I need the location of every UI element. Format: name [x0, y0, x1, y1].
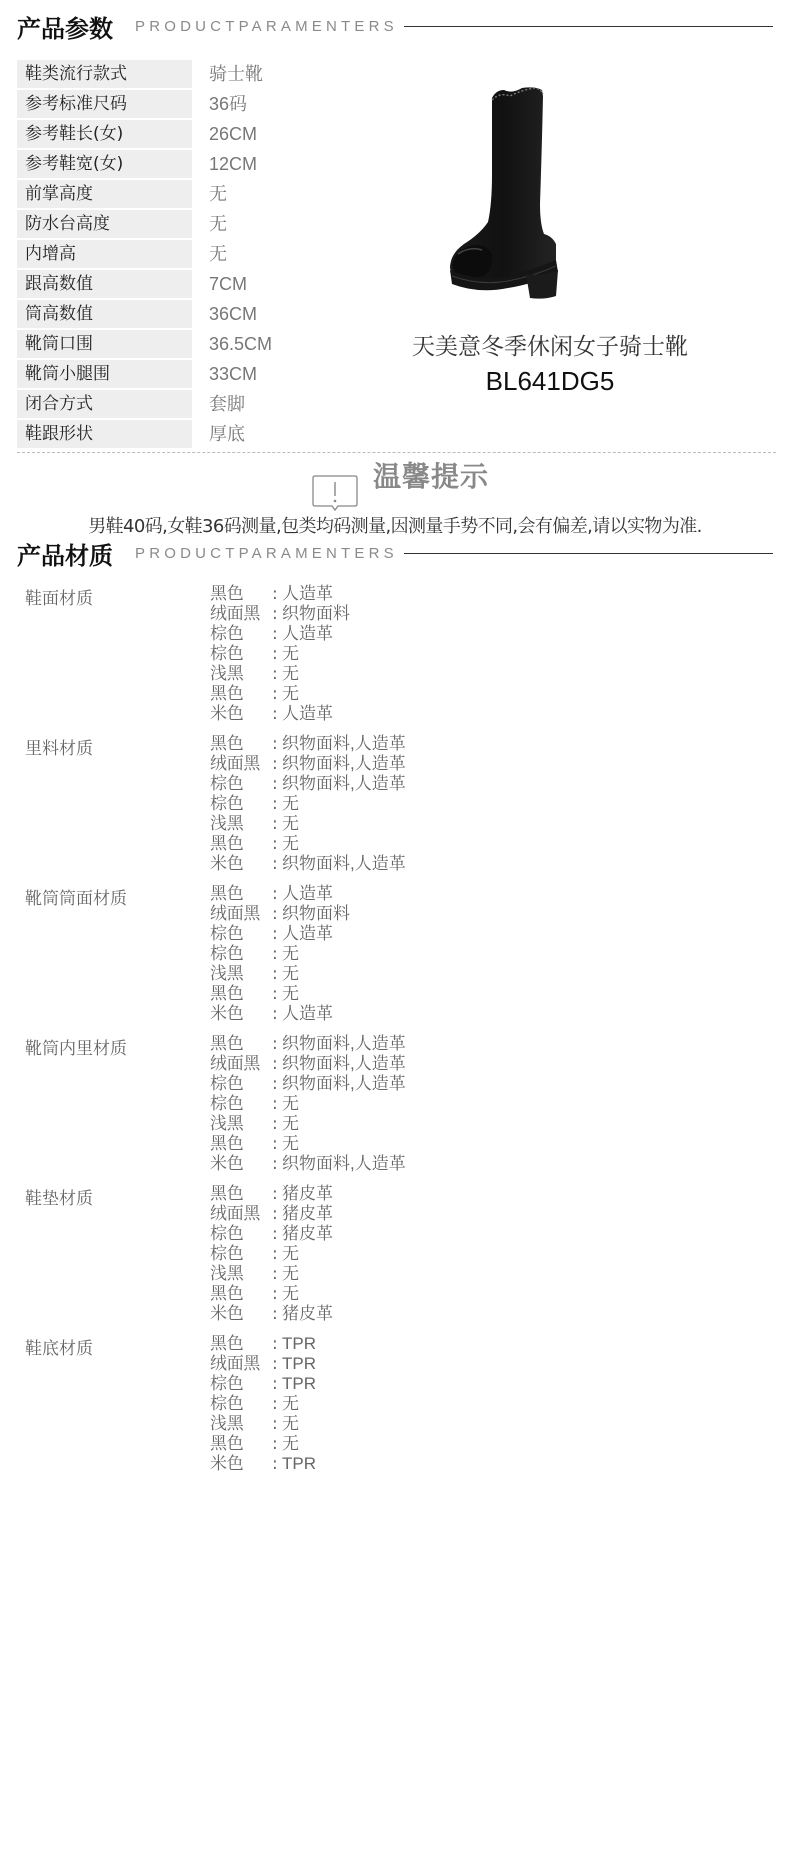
material-line: 黑色:无: [210, 684, 350, 704]
material-value: 无: [282, 944, 299, 964]
material-color: 黑色: [210, 884, 272, 904]
material-value: 无: [282, 1114, 299, 1134]
section-rule: [404, 553, 773, 554]
material-list: 黑色:TPR 绒面黑:TPR 棕色:TPR 棕色:无 浅黑:无 黑色:无 米色:…: [210, 1334, 316, 1474]
material-value: 织物面料,人造革: [282, 734, 406, 754]
separator: :: [272, 664, 282, 684]
material-color: 米色: [210, 1004, 272, 1024]
material-color: 棕色: [210, 924, 272, 944]
material-line: 棕色:TPR: [210, 1374, 316, 1394]
param-value: 无: [192, 240, 227, 268]
param-label: 前掌高度: [17, 180, 192, 208]
material-color: 棕色: [210, 644, 272, 664]
material-line: 浅黑:无: [210, 664, 350, 684]
material-value: 猪皮革: [282, 1304, 333, 1324]
separator: :: [272, 584, 282, 604]
param-value: 26CM: [192, 120, 257, 148]
material-value: 人造革: [282, 704, 333, 724]
material-value: TPR: [282, 1374, 316, 1394]
material-label: 靴筒筒面材质: [25, 884, 127, 909]
material-list: 黑色:人造革 绒面黑:织物面料 棕色:人造革 棕色:无 浅黑:无 黑色:无 米色…: [210, 584, 350, 724]
material-color: 棕色: [210, 794, 272, 814]
material-line: 米色:织物面料,人造革: [210, 1154, 406, 1174]
product-name: 天美意冬季休闲女子骑士靴: [380, 328, 720, 361]
param-row: 鞋类流行款式骑士靴: [17, 60, 377, 90]
material-line: 黑色:TPR: [210, 1334, 316, 1354]
material-value: 无: [282, 964, 299, 984]
material-color: 棕色: [210, 774, 272, 794]
material-line: 米色:猪皮革: [210, 1304, 333, 1324]
section-subtitle: PRODUCTPARAMENTERS: [135, 545, 398, 562]
material-color: 棕色: [210, 1244, 272, 1264]
material-line: 黑色:无: [210, 834, 406, 854]
material-line: 棕色:无: [210, 1394, 316, 1414]
material-line: 棕色:织物面料,人造革: [210, 1074, 406, 1094]
param-value: 12CM: [192, 150, 257, 178]
separator: :: [272, 604, 282, 624]
material-value: 无: [282, 1244, 299, 1264]
material-line: 绒面黑:织物面料: [210, 904, 350, 924]
material-color: 黑色: [210, 1434, 272, 1454]
material-value: TPR: [282, 1334, 316, 1354]
material-value: 猪皮革: [282, 1224, 333, 1244]
section-title: 产品材质: [17, 536, 113, 571]
material-line: 浅黑:无: [210, 964, 350, 984]
separator: :: [272, 1184, 282, 1204]
material-color: 浅黑: [210, 1114, 272, 1134]
material-line: 黑色:猪皮革: [210, 1184, 333, 1204]
material-value: 无: [282, 1434, 299, 1454]
material-line: 绒面黑:织物面料,人造革: [210, 1054, 406, 1074]
material-line: 黑色:织物面料,人造革: [210, 734, 406, 754]
separator: :: [272, 1354, 282, 1374]
param-value: 36CM: [192, 300, 257, 328]
param-row: 防水台高度无: [17, 210, 377, 240]
param-value: 无: [192, 210, 227, 238]
param-row: 靴筒口围36.5CM: [17, 330, 377, 360]
material-color: 绒面黑: [210, 754, 272, 774]
material-color: 黑色: [210, 734, 272, 754]
separator: :: [272, 1374, 282, 1394]
material-value: 无: [282, 684, 299, 704]
material-line: 浅黑:无: [210, 814, 406, 834]
separator: :: [272, 964, 282, 984]
material-list: 黑色:织物面料,人造革 绒面黑:织物面料,人造革 棕色:织物面料,人造革 棕色:…: [210, 734, 406, 874]
separator: :: [272, 1054, 282, 1074]
material-line: 绒面黑:织物面料,人造革: [210, 754, 406, 774]
material-line: 浅黑:无: [210, 1414, 316, 1434]
param-label: 鞋跟形状: [17, 420, 192, 448]
material-line: 浅黑:无: [210, 1264, 333, 1284]
material-value: 无: [282, 1134, 299, 1154]
separator: :: [272, 684, 282, 704]
material-line: 绒面黑:猪皮革: [210, 1204, 333, 1224]
material-value: 人造革: [282, 1004, 333, 1024]
separator: :: [272, 1454, 282, 1474]
material-line: 米色:人造革: [210, 704, 350, 724]
material-color: 棕色: [210, 1374, 272, 1394]
material-value: 人造革: [282, 884, 333, 904]
material-line: 米色:人造革: [210, 1004, 350, 1024]
material-list: 黑色:猪皮革 绒面黑:猪皮革 棕色:猪皮革 棕色:无 浅黑:无 黑色:无 米色:…: [210, 1184, 333, 1324]
separator: :: [272, 1034, 282, 1054]
material-value: 织物面料,人造革: [282, 1074, 406, 1094]
material-color: 棕色: [210, 624, 272, 644]
material-line: 绒面黑:TPR: [210, 1354, 316, 1374]
material-line: 黑色:无: [210, 1434, 316, 1454]
material-color: 棕色: [210, 944, 272, 964]
section-header-params: 产品参数 PRODUCTPARAMENTERS: [17, 6, 773, 46]
tip-title: 温馨提示: [373, 455, 489, 495]
param-label: 跟高数值: [17, 270, 192, 298]
separator: :: [272, 624, 282, 644]
param-label: 筒高数值: [17, 300, 192, 328]
product-code: BL641DG5: [380, 366, 720, 397]
material-label: 鞋面材质: [25, 584, 93, 609]
material-value: TPR: [282, 1354, 316, 1374]
material-color: 棕色: [210, 1224, 272, 1244]
material-color: 绒面黑: [210, 1354, 272, 1374]
param-value: 无: [192, 180, 227, 208]
material-color: 棕色: [210, 1094, 272, 1114]
material-value: 织物面料,人造革: [282, 754, 406, 774]
separator: :: [272, 854, 282, 874]
material-list: 黑色:织物面料,人造革 绒面黑:织物面料,人造革 棕色:织物面料,人造革 棕色:…: [210, 1034, 406, 1174]
material-label: 鞋垫材质: [25, 1184, 93, 1209]
material-color: 黑色: [210, 1184, 272, 1204]
material-line: 黑色:无: [210, 1284, 333, 1304]
material-value: 无: [282, 1094, 299, 1114]
material-label: 里料材质: [25, 734, 93, 759]
material-line: 黑色:人造革: [210, 884, 350, 904]
param-label: 闭合方式: [17, 390, 192, 418]
param-value: 7CM: [192, 270, 247, 298]
param-value: 骑士靴: [192, 60, 263, 88]
material-color: 浅黑: [210, 1264, 272, 1284]
separator: :: [272, 944, 282, 964]
material-color: 棕色: [210, 1074, 272, 1094]
separator: :: [272, 644, 282, 664]
separator: :: [272, 734, 282, 754]
separator: :: [272, 1434, 282, 1454]
material-value: 织物面料,人造革: [282, 1034, 406, 1054]
separator: :: [272, 1244, 282, 1264]
param-value: 33CM: [192, 360, 257, 388]
material-color: 黑色: [210, 1284, 272, 1304]
param-row: 前掌高度无: [17, 180, 377, 210]
separator: :: [272, 834, 282, 854]
param-row: 参考标准尺码36码: [17, 90, 377, 120]
material-value: 无: [282, 664, 299, 684]
param-label: 参考鞋宽(女): [17, 150, 192, 178]
param-row: 闭合方式套脚: [17, 390, 377, 420]
material-color: 黑色: [210, 984, 272, 1004]
material-color: 米色: [210, 854, 272, 874]
material-color: 米色: [210, 1454, 272, 1474]
material-value: 无: [282, 644, 299, 664]
separator: :: [272, 1304, 282, 1324]
material-value: 人造革: [282, 584, 333, 604]
separator: :: [272, 1224, 282, 1244]
param-label: 靴筒小腿围: [17, 360, 192, 388]
material-value: 无: [282, 814, 299, 834]
material-value: 无: [282, 1414, 299, 1434]
material-color: 黑色: [210, 584, 272, 604]
material-line: 黑色:人造革: [210, 584, 350, 604]
separator: :: [272, 1334, 282, 1354]
material-line: 棕色:无: [210, 794, 406, 814]
material-value: 织物面料: [282, 604, 350, 624]
separator: :: [272, 884, 282, 904]
param-value: 套脚: [192, 390, 245, 418]
material-list: 黑色:人造革 绒面黑:织物面料 棕色:人造革 棕色:无 浅黑:无 黑色:无 米色…: [210, 884, 350, 1024]
material-color: 米色: [210, 704, 272, 724]
params-table: 鞋类流行款式骑士靴 参考标准尺码36码 参考鞋长(女)26CM 参考鞋宽(女)1…: [17, 60, 377, 450]
material-label: 靴筒内里材质: [25, 1034, 127, 1059]
material-value: 猪皮革: [282, 1184, 333, 1204]
param-row: 跟高数值7CM: [17, 270, 377, 300]
separator: :: [272, 924, 282, 944]
separator: :: [272, 1204, 282, 1224]
material-line: 棕色:人造革: [210, 924, 350, 944]
material-value: 织物面料,人造革: [282, 1154, 406, 1174]
material-label: 鞋底材质: [25, 1334, 93, 1359]
material-line: 黑色:织物面料,人造革: [210, 1034, 406, 1054]
param-label: 鞋类流行款式: [17, 60, 192, 88]
section-rule: [404, 26, 773, 27]
param-label: 内增高: [17, 240, 192, 268]
material-line: 浅黑:无: [210, 1114, 406, 1134]
exclamation-speech-bubble-icon: [312, 474, 358, 508]
material-line: 棕色:无: [210, 944, 350, 964]
param-value: 36.5CM: [192, 330, 272, 358]
material-line: 棕色:无: [210, 1244, 333, 1264]
separator: :: [272, 754, 282, 774]
material-color: 浅黑: [210, 664, 272, 684]
material-value: 织物面料,人造革: [282, 1054, 406, 1074]
separator: :: [272, 1154, 282, 1174]
knee-high-boot-icon: [448, 84, 562, 302]
material-line: 棕色:织物面料,人造革: [210, 774, 406, 794]
param-row: 鞋跟形状厚底: [17, 420, 377, 450]
separator: :: [272, 814, 282, 834]
material-value: 猪皮革: [282, 1204, 333, 1224]
param-label: 靴筒口围: [17, 330, 192, 358]
material-line: 米色:TPR: [210, 1454, 316, 1474]
separator: :: [272, 1134, 282, 1154]
section-subtitle: PRODUCTPARAMENTERS: [135, 18, 398, 35]
material-line: 绒面黑:织物面料: [210, 604, 350, 624]
separator: :: [272, 1114, 282, 1134]
material-color: 米色: [210, 1304, 272, 1324]
separator: :: [272, 1394, 282, 1414]
material-color: 棕色: [210, 1394, 272, 1414]
param-label: 参考鞋长(女): [17, 120, 192, 148]
material-color: 黑色: [210, 834, 272, 854]
material-line: 棕色:人造革: [210, 624, 350, 644]
separator: :: [272, 1074, 282, 1094]
param-value: 36码: [192, 90, 247, 118]
material-line: 黑色:无: [210, 984, 350, 1004]
material-color: 黑色: [210, 1134, 272, 1154]
material-value: 织物面料,人造革: [282, 854, 406, 874]
dashed-divider: [17, 452, 776, 453]
material-value: 人造革: [282, 924, 333, 944]
separator: :: [272, 774, 282, 794]
param-label: 防水台高度: [17, 210, 192, 238]
separator: :: [272, 1264, 282, 1284]
material-value: 无: [282, 834, 299, 854]
material-color: 黑色: [210, 1334, 272, 1354]
section-header-materials: 产品材质 PRODUCTPARAMENTERS: [17, 533, 773, 573]
separator: :: [272, 1414, 282, 1434]
material-color: 浅黑: [210, 814, 272, 834]
material-color: 米色: [210, 1154, 272, 1174]
material-color: 浅黑: [210, 964, 272, 984]
material-value: 无: [282, 794, 299, 814]
param-row: 内增高无: [17, 240, 377, 270]
separator: :: [272, 984, 282, 1004]
param-label: 参考标准尺码: [17, 90, 192, 118]
material-value: TPR: [282, 1454, 316, 1474]
material-value: 无: [282, 984, 299, 1004]
material-value: 织物面料,人造革: [282, 774, 406, 794]
param-row: 参考鞋宽(女)12CM: [17, 150, 377, 180]
material-color: 绒面黑: [210, 1204, 272, 1224]
separator: :: [272, 704, 282, 724]
material-color: 绒面黑: [210, 904, 272, 924]
separator: :: [272, 794, 282, 814]
material-value: 人造革: [282, 624, 333, 644]
material-line: 黑色:无: [210, 1134, 406, 1154]
separator: :: [272, 904, 282, 924]
material-line: 棕色:无: [210, 644, 350, 664]
material-line: 棕色:猪皮革: [210, 1224, 333, 1244]
material-value: 织物面料: [282, 904, 350, 924]
material-value: 无: [282, 1394, 299, 1414]
material-value: 无: [282, 1264, 299, 1284]
material-line: 棕色:无: [210, 1094, 406, 1114]
material-color: 浅黑: [210, 1414, 272, 1434]
param-row: 参考鞋长(女)26CM: [17, 120, 377, 150]
material-value: 无: [282, 1284, 299, 1304]
material-color: 黑色: [210, 684, 272, 704]
material-color: 绒面黑: [210, 1054, 272, 1074]
material-line: 米色:织物面料,人造革: [210, 854, 406, 874]
material-color: 黑色: [210, 1034, 272, 1054]
material-color: 绒面黑: [210, 604, 272, 624]
section-title: 产品参数: [17, 9, 113, 44]
param-row: 筒高数值36CM: [17, 300, 377, 330]
separator: :: [272, 1094, 282, 1114]
param-row: 靴筒小腿围33CM: [17, 360, 377, 390]
separator: :: [272, 1004, 282, 1024]
separator: :: [272, 1284, 282, 1304]
param-value: 厚底: [192, 420, 245, 448]
